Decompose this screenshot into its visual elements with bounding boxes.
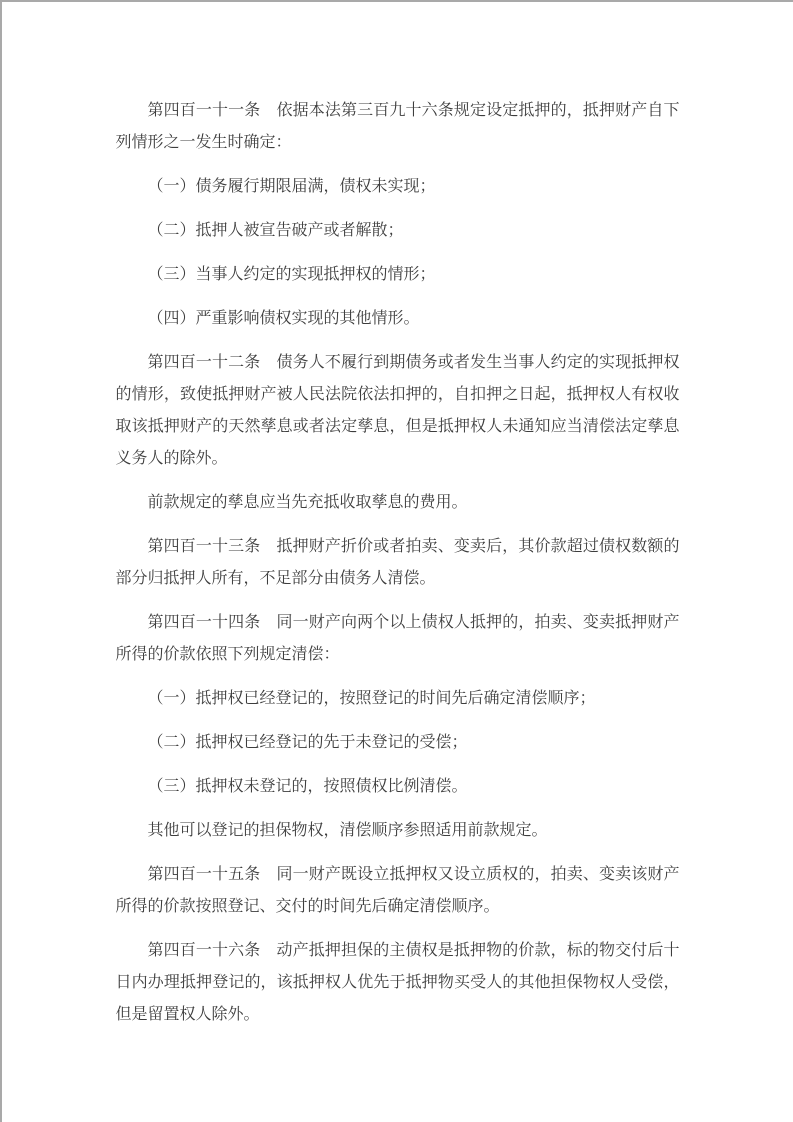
paragraph: （四）严重影响债权实现的其他情形。 [116, 303, 680, 335]
paragraph: （二）抵押权已经登记的先于未登记的受偿； [116, 727, 680, 759]
paragraph: 其他可以登记的担保物权，清偿顺序参照适用前款规定。 [116, 815, 680, 847]
paragraph: 第四百一十五条 同一财产既设立抵押权又设立质权的，拍卖、变卖该财产所得的价款按照… [116, 859, 680, 923]
paragraph: 第四百一十四条 同一财产向两个以上债权人抵押的，拍卖、变卖抵押财产所得的价款依照… [116, 607, 680, 671]
paragraph: （三）当事人约定的实现抵押权的情形； [116, 259, 680, 291]
paragraph: （一）债务履行期限届满，债权未实现； [116, 171, 680, 203]
paragraph: （二）抵押人被宣告破产或者解散； [116, 215, 680, 247]
paragraph: （三）抵押权未登记的，按照债权比例清偿。 [116, 771, 680, 803]
paragraph: 前款规定的孳息应当先充抵收取孳息的费用。 [116, 487, 680, 519]
paragraph: 第四百一十一条 依据本法第三百九十六条规定设定抵押的，抵押财产自下列情形之一发生… [116, 95, 680, 159]
document-page: 第四百一十一条 依据本法第三百九十六条规定设定抵押的，抵押财产自下列情形之一发生… [0, 0, 793, 1122]
paragraph: （一）抵押权已经登记的，按照登记的时间先后确定清偿顺序； [116, 683, 680, 715]
paragraph: 第四百一十六条 动产抵押担保的主债权是抵押物的价款，标的物交付后十日内办理抵押登… [116, 935, 680, 1031]
paragraph: 第四百一十三条 抵押财产折价或者拍卖、变卖后，其价款超过债权数额的部分归抵押人所… [116, 531, 680, 595]
document-text-block: 第四百一十一条 依据本法第三百九十六条规定设定抵押的，抵押财产自下列情形之一发生… [116, 95, 680, 1031]
paragraph: 第四百一十二条 债务人不履行到期债务或者发生当事人约定的实现抵押权的情形，致使抵… [116, 347, 680, 475]
